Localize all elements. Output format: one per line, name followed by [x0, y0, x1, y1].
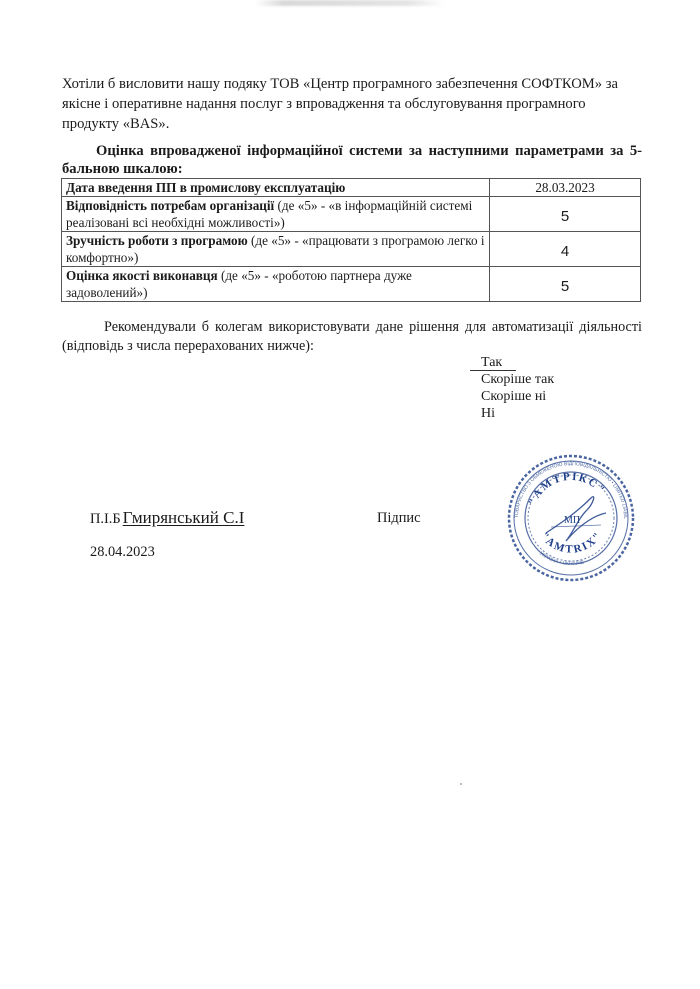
signer-name: Гмирянський С.І [123, 508, 245, 527]
table-row: Відповідність потребам організації (де «… [62, 197, 641, 232]
scan-speck [460, 783, 462, 785]
signature-label: Підпис [377, 510, 421, 527]
thanks-paragraph: Хотіли б висловити нашу подяку ТОВ «Цент… [62, 74, 642, 134]
row-value: 4 [490, 232, 641, 267]
row-label: Оцінка якості виконавця (де «5» - «робот… [62, 267, 490, 302]
option: Скоріше так [478, 371, 554, 388]
signature-date: 28.04.2023 [90, 544, 155, 561]
signer-line: П.І.БГмирянський С.І [90, 508, 244, 528]
company-stamp-icon: ТОВАРИСТВО З ОБМЕЖЕНОЮ ВІДПОВІДАЛЬНІСТЮ … [506, 453, 636, 583]
row-value: 28.03.2023 [490, 179, 641, 197]
row-label: Зручність роботи з програмою (де «5» - «… [62, 232, 490, 267]
row-value: 5 [490, 197, 641, 232]
answer-options: Так Скоріше так Скоріше ні Ні [478, 354, 554, 422]
row-label: Відповідність потребам організації (де «… [62, 197, 490, 232]
svg-text:ТОВАРИСТВО З ОБМЕЖЕНОЮ ВІДПОВІ: ТОВАРИСТВО З ОБМЕЖЕНОЮ ВІДПОВІДАЛЬНІСТЮ … [506, 453, 628, 519]
recommendation-paragraph: Рекомендували б колегам використовувати … [62, 318, 642, 356]
scan-artifact [255, 0, 445, 6]
option: Ні [478, 405, 554, 422]
evaluation-table: Дата введення ПП в промислову експлуатац… [61, 178, 641, 302]
table-row: Дата введення ПП в промислову експлуатац… [62, 179, 641, 197]
row-value: 5 [490, 267, 641, 302]
row-label: Дата введення ПП в промислову експлуатац… [62, 179, 490, 197]
evaluation-heading: Оцінка впровадженої інформаційної систем… [62, 142, 642, 178]
option: Скоріше ні [478, 388, 554, 405]
table-row: Оцінка якості виконавця (де «5» - «робот… [62, 267, 641, 302]
svg-text:МП: МП [564, 515, 580, 526]
table-row: Зручність роботи з програмою (де «5» - «… [62, 232, 641, 267]
pib-label: П.І.Б [90, 511, 121, 527]
option-selected: Так [470, 355, 516, 371]
